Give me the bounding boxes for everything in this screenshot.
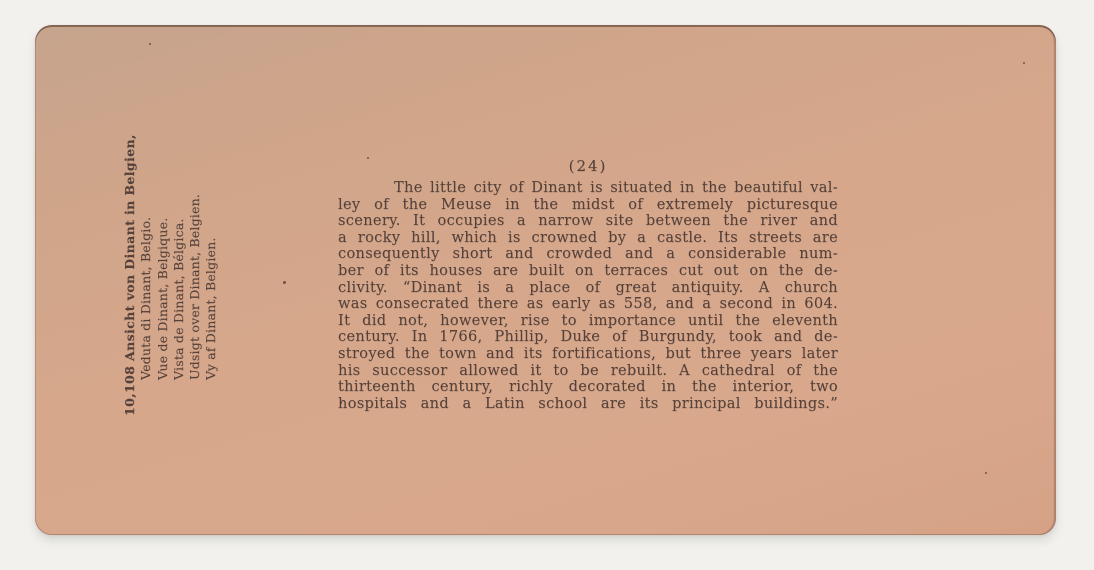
dust-speck [149, 43, 151, 45]
description-line: was consecrated there as early as 558, a… [338, 296, 838, 313]
title-line-swedish: Vy af Dinant, Belgien. [203, 182, 219, 416]
description-line: stroyed the town and its fortifications,… [338, 346, 838, 363]
description-line: clivity. “Dinant is a place of great ant… [338, 280, 838, 297]
title-line-italian: Veduta di Dinant, Belgio. [138, 182, 154, 416]
description-line: thirteenth century, richly decorated in … [338, 379, 838, 396]
description-line: century. In 1766, Phillip, Duke of Burgu… [338, 329, 838, 346]
card-number: (24) [338, 157, 838, 175]
title-line-spanish: Vista de Dinant, Bélgica. [171, 182, 187, 416]
catalog-number-line: 10,108 Ansicht von Dinant in Belgien, [122, 182, 138, 416]
card-back: (24) The little city of Dinant is situat… [35, 25, 1056, 535]
description-line: a rocky hill, which is crowned by a cast… [338, 230, 838, 247]
description-line: It did not, however, rise to importance … [338, 313, 838, 330]
dust-speck [283, 281, 286, 284]
dust-speck [1023, 62, 1025, 64]
description-line: The little city of Dinant is situated in… [338, 180, 838, 197]
description-line: scenery. It occupies a narrow site betwe… [338, 213, 838, 230]
description-line: consequently short and crowded and a con… [338, 246, 838, 263]
dust-speck [367, 157, 369, 159]
rotated-side-titles: 10,108 Ansicht von Dinant in Belgien, Ve… [122, 182, 220, 416]
description-line: hospitals and a Latin school are its pri… [338, 396, 838, 413]
description-line: his successor allowed it to be rebuilt. … [338, 363, 838, 380]
description-line: ber of its houses are built on terraces … [338, 263, 838, 280]
stereoview-card-scan: (24) The little city of Dinant is situat… [0, 0, 1094, 570]
title-line-french: Vue de Dinant, Belgique. [155, 182, 171, 416]
description-line: ley of the Meuse in the midst of extreme… [338, 197, 838, 214]
title-line-danish: Udsigt over Dinant, Belgien. [187, 182, 203, 416]
dust-speck [985, 472, 987, 474]
description-paragraph: The little city of Dinant is situated in… [338, 180, 838, 412]
dust-speck [340, 402, 342, 404]
